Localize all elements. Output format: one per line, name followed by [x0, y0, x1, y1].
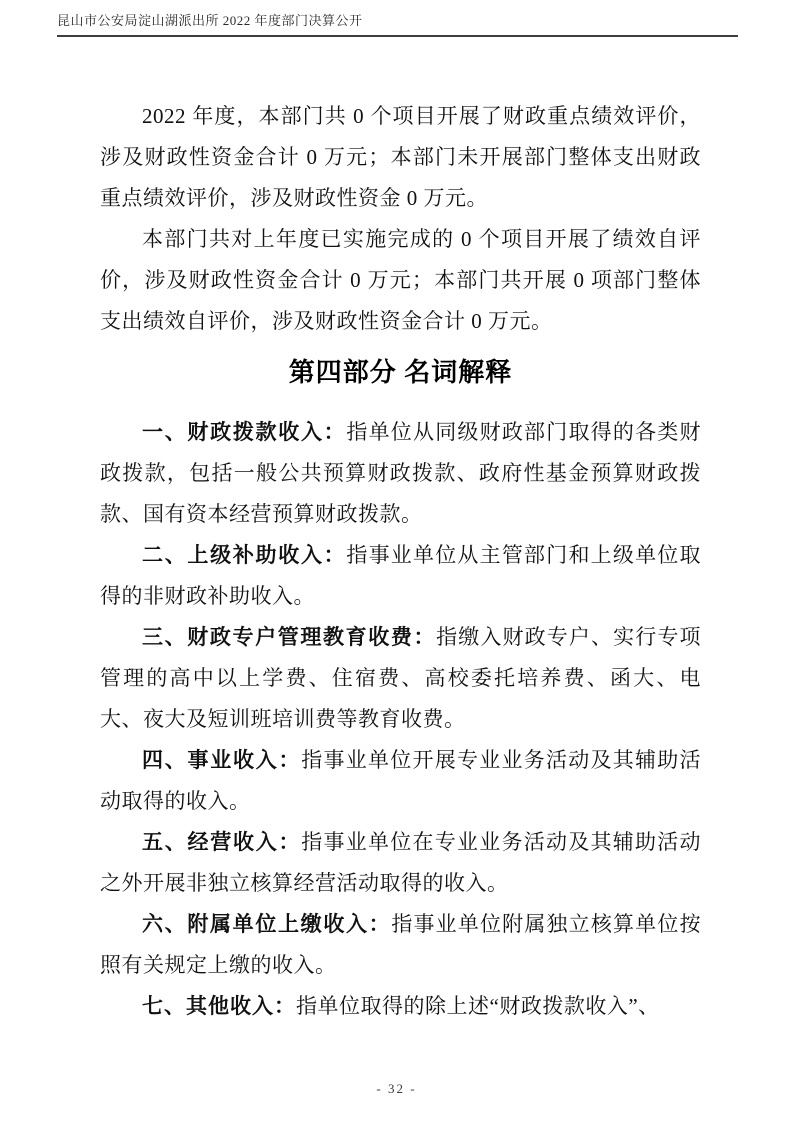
- header-title: 昆山市公安局淀山湖派出所 2022 年度部门决算公开: [57, 12, 738, 30]
- definition-term-2: 二、上级补助收入：: [142, 543, 346, 567]
- document-body: 2022 年度，本部门共 0 个项目开展了财政重点绩效评价，涉及财政性资金合计 …: [100, 96, 701, 1027]
- definition-item-2: 二、上级补助收入：指事业单位从主管部门和上级单位取得的非财政补助收入。: [100, 535, 701, 617]
- definition-term-6: 六、附属单位上缴收入：: [142, 912, 391, 936]
- definition-term-7: 七、其他收入：: [142, 994, 296, 1018]
- definition-text-7: 指单位取得的除上述“财政拨款收入”、: [296, 994, 660, 1018]
- definition-term-1: 一、财政拨款收入：: [142, 420, 346, 444]
- document-page: 昆山市公安局淀山湖派出所 2022 年度部门决算公开 2022 年度，本部门共 …: [0, 0, 793, 1122]
- definition-term-4: 四、事业收入：: [142, 748, 301, 772]
- page-footer: - 32 -: [0, 1080, 793, 1098]
- page-header: 昆山市公安局淀山湖派出所 2022 年度部门决算公开: [57, 12, 738, 37]
- page-number: - 32 -: [376, 1081, 416, 1096]
- definition-item-1: 一、财政拨款收入：指单位从同级财政部门取得的各类财政拨款，包括一般公共预算财政拨…: [100, 412, 701, 535]
- definition-item-3: 三、财政专户管理教育收费：指缴入财政专户、实行专项管理的高中以上学费、住宿费、高…: [100, 617, 701, 740]
- definition-item-7: 七、其他收入：指单位取得的除上述“财政拨款收入”、: [100, 986, 701, 1027]
- paragraph-key-performance-eval: 2022 年度，本部门共 0 个项目开展了财政重点绩效评价，涉及财政性资金合计 …: [100, 96, 701, 219]
- definition-term-5: 五、经营收入：: [142, 830, 301, 854]
- definition-term-3: 三、财政专户管理教育收费：: [142, 625, 436, 649]
- definition-item-6: 六、附属单位上缴收入：指事业单位附属独立核算单位按照有关规定上缴的收入。: [100, 904, 701, 986]
- definition-item-4: 四、事业收入：指事业单位开展专业业务活动及其辅助活动取得的收入。: [100, 740, 701, 822]
- paragraph-self-eval: 本部门共对上年度已实施完成的 0 个项目开展了绩效自评价，涉及财政性资金合计 0…: [100, 219, 701, 342]
- section-heading: 第四部分 名词解释: [100, 350, 701, 396]
- definition-item-5: 五、经营收入：指事业单位在专业业务活动及其辅助活动之外开展非独立核算经营活动取得…: [100, 822, 701, 904]
